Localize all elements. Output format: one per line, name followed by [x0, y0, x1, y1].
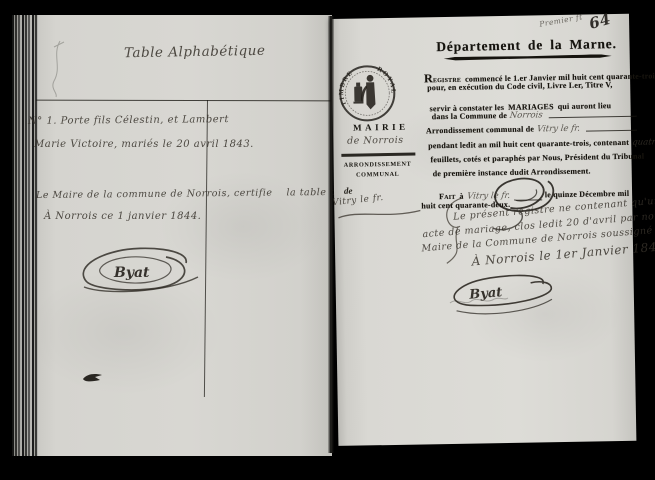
mayor-signature-flourish: Byat — [70, 241, 204, 299]
page-title-handwritten: Table Alphabétique — [124, 43, 266, 61]
page-gutter — [328, 16, 334, 453]
pencil-mark — [46, 37, 72, 99]
registry-book-scan: Table Alphabétique N° 1. Porte fils Céle… — [0, 0, 655, 480]
closing-note-block: Le présent registre ne contenant qu'un a… — [318, 5, 649, 454]
feuillets-count-fillin: quatre — [631, 137, 655, 148]
left-page: Table Alphabétique N° 1. Porte fils Céle… — [12, 15, 332, 456]
table-horizontal-rule — [36, 100, 332, 102]
table-entry-line2: Marie Victoire, mariés le 20 avril 1843. — [34, 139, 254, 150]
table-entry-line1: N° 1. Porte fils Célestin, et Lambert — [28, 114, 229, 127]
certification-part1: Le Maire de la commune de Norrois, certi… — [36, 188, 273, 201]
signature-text: Byat — [113, 265, 150, 281]
book-binding-edge — [12, 15, 38, 456]
right-page: Premier ft 64 Département de la Marne. M… — [331, 14, 636, 446]
faint-squiggle-mark — [448, 294, 510, 309]
ink-blot — [81, 371, 105, 385]
certification-date: À Norrois ce 1 janvier 1844. — [44, 211, 201, 222]
